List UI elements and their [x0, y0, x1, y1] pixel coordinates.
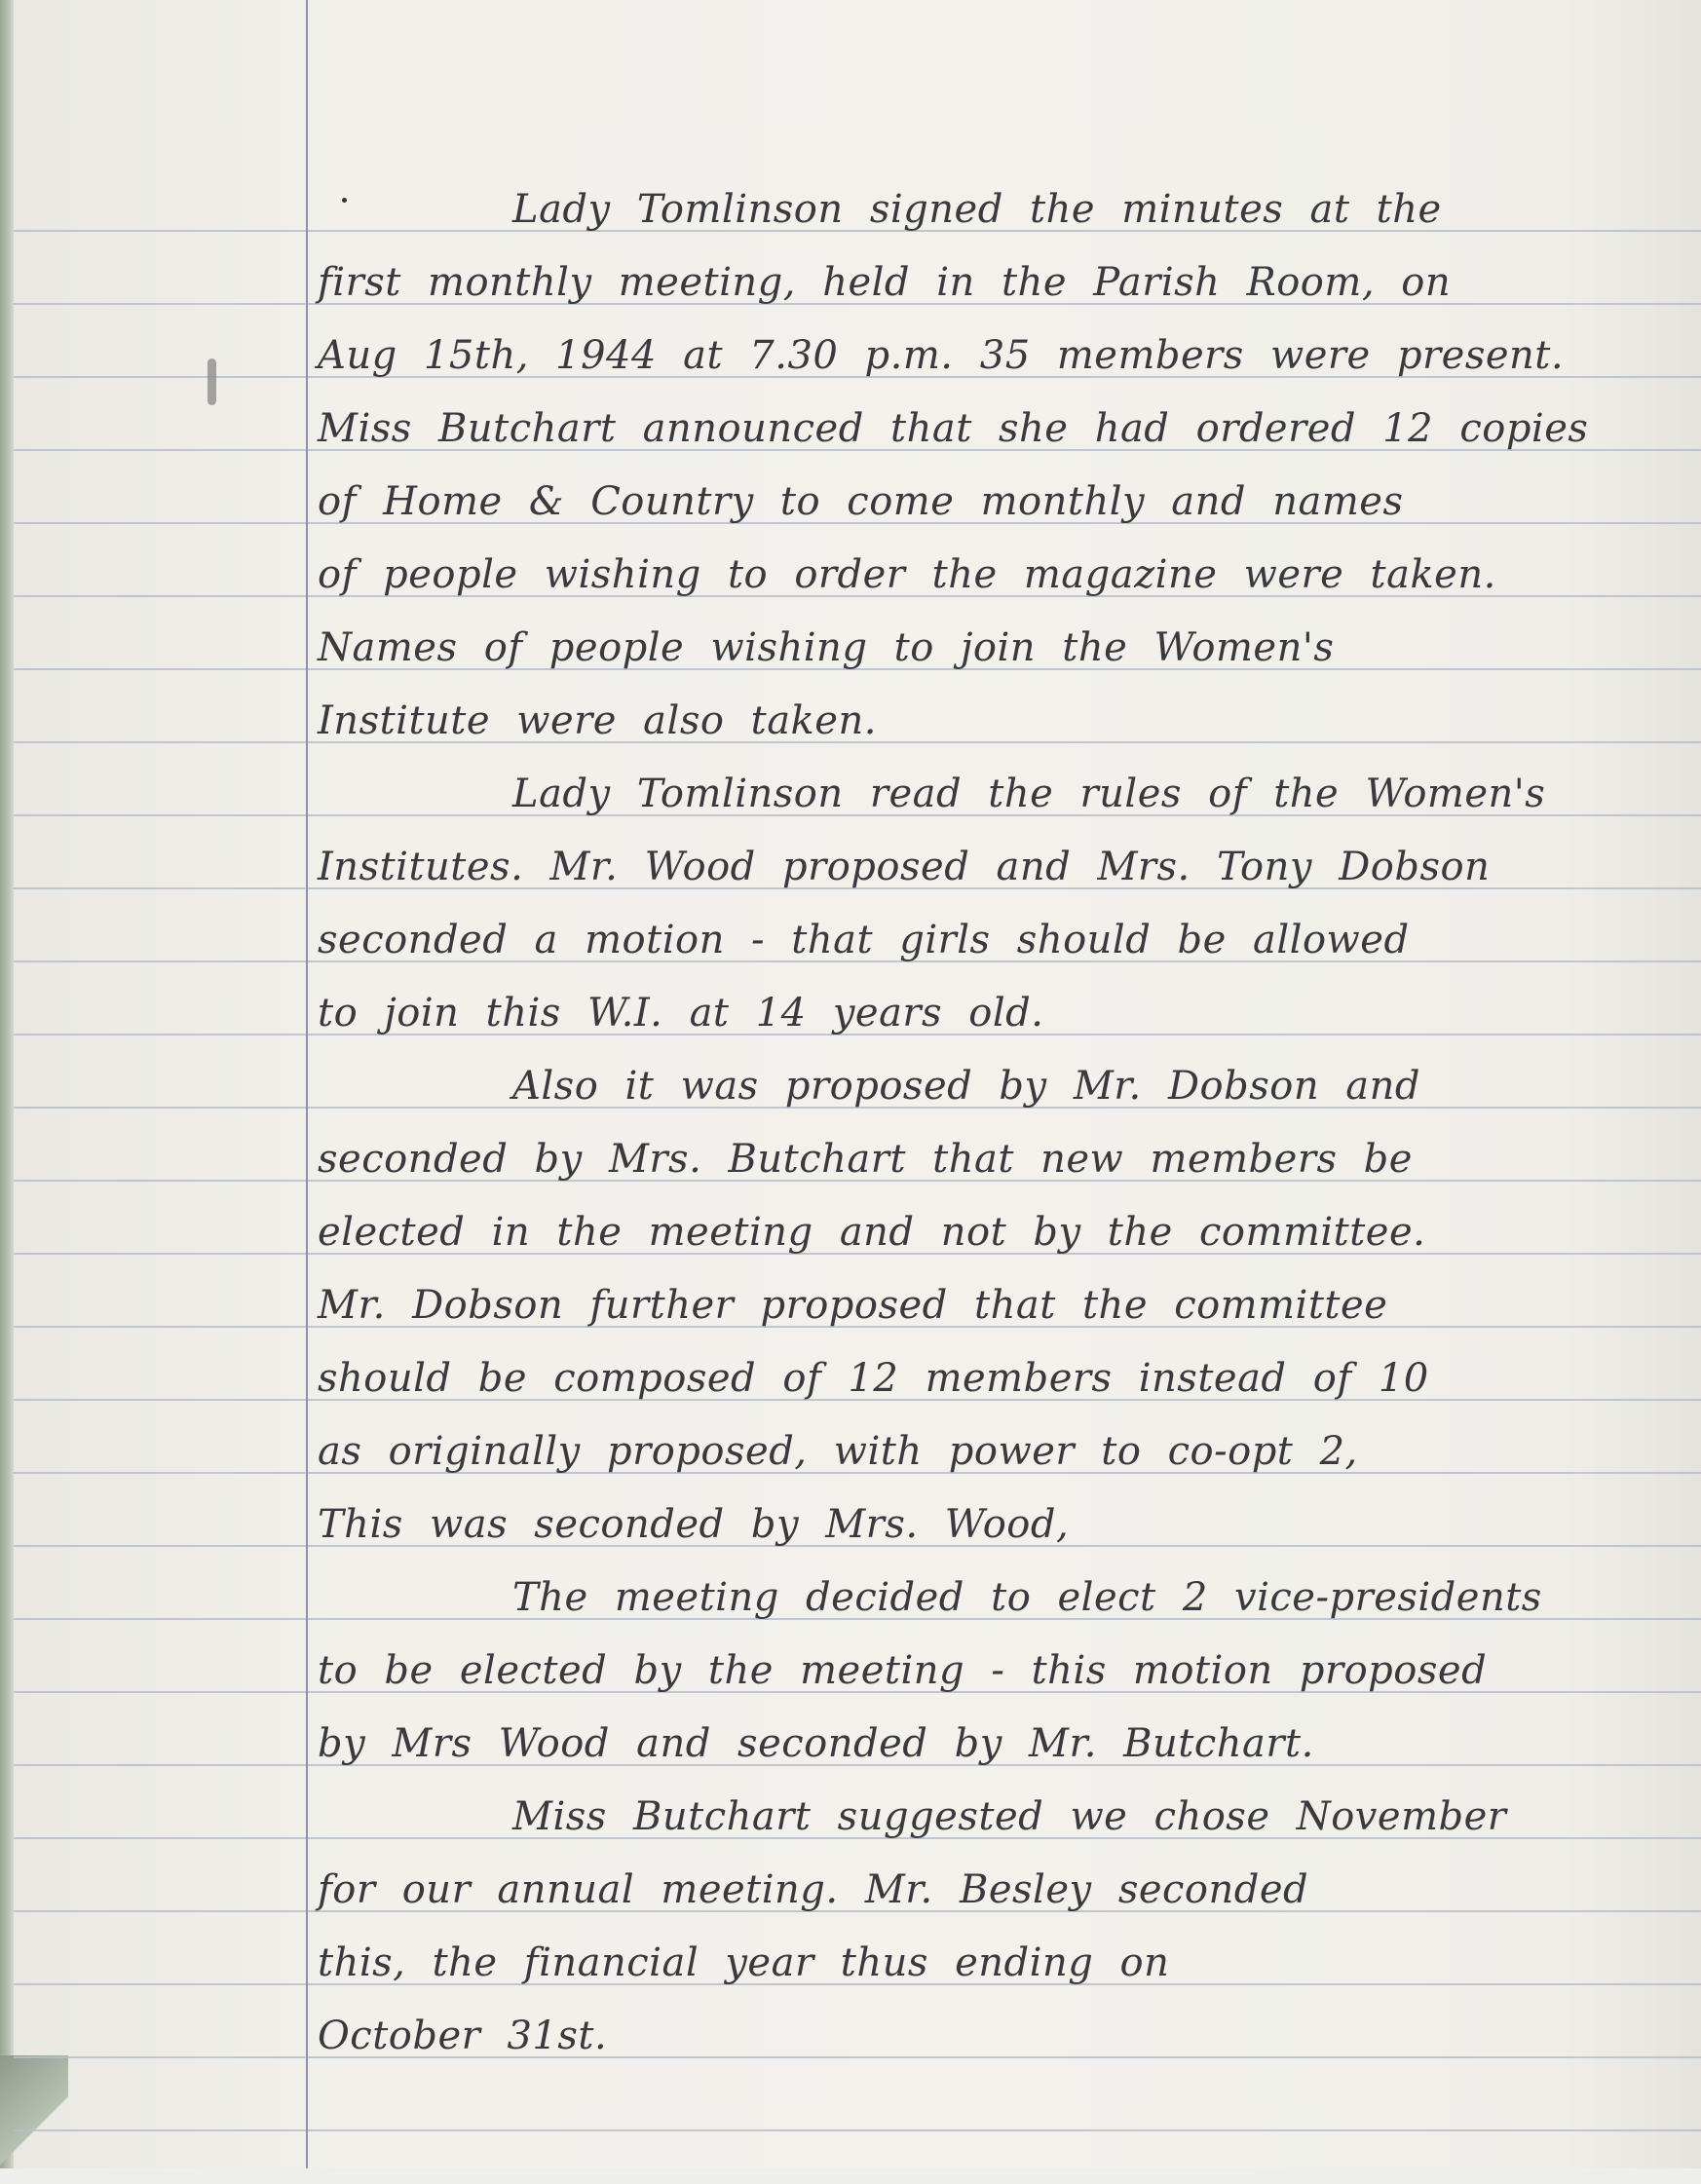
text-line: Lady Tomlinson read the rules of the Wom…: [318, 758, 1689, 816]
text-line: by Mrs Wood and seconded by Mr. Butchart…: [318, 1708, 1689, 1766]
text-line: Institute were also taken.: [318, 685, 1689, 743]
text-line: as originally proposed, with power to co…: [318, 1415, 1689, 1474]
text-line: should be composed of 12 members instead…: [318, 1342, 1689, 1401]
text-line: elected in the meeting and not by the co…: [318, 1196, 1689, 1255]
text-line: Miss Butchart announced that she had ord…: [318, 393, 1689, 451]
page-edge-binding: [0, 0, 14, 2168]
text-line: Institutes. Mr. Wood proposed and Mrs. T…: [318, 831, 1689, 889]
text-line: of people wishing to order the magazine …: [318, 539, 1689, 597]
text-line: to join this W.I. at 14 years old.: [318, 977, 1689, 1036]
margin-line: [306, 0, 308, 2168]
text-line: Names of people wishing to join the Wome…: [318, 612, 1689, 670]
text-line: October 31st.: [318, 2000, 1689, 2058]
text-line: Mr. Dobson further proposed that the com…: [318, 1269, 1689, 1328]
ruled-line: [14, 2129, 1701, 2131]
text-line: The meeting decided to elect 2 vice-pres…: [318, 1562, 1689, 1620]
text-line: seconded a motion - that girls should be…: [318, 904, 1689, 962]
text-line: Lady Tomlinson signed the minutes at the: [318, 173, 1689, 232]
folded-corner: [0, 2055, 68, 2168]
text-line: seconded by Mrs. Butchart that new membe…: [318, 1123, 1689, 1182]
text-line: for our annual meeting. Mr. Besley secon…: [318, 1854, 1689, 1912]
margin-pencil-mark: [208, 358, 216, 405]
notebook-page: Lady Tomlinson signed the minutes at the…: [0, 0, 1701, 2168]
text-line: first monthly meeting, held in the Paris…: [318, 246, 1689, 305]
text-line: Miss Butchart suggested we chose Novembe…: [318, 1781, 1689, 1839]
text-line: of Home & Country to come monthly and na…: [318, 466, 1689, 524]
text-line: to be elected by the meeting - this moti…: [318, 1635, 1689, 1693]
text-line: Also it was proposed by Mr. Dobson and: [318, 1050, 1689, 1109]
text-line: This was seconded by Mrs. Wood,: [318, 1488, 1689, 1547]
text-line: Aug 15th, 1944 at 7.30 p.m. 35 members w…: [318, 320, 1689, 378]
text-line: this, the financial year thus ending on: [318, 1927, 1689, 1985]
